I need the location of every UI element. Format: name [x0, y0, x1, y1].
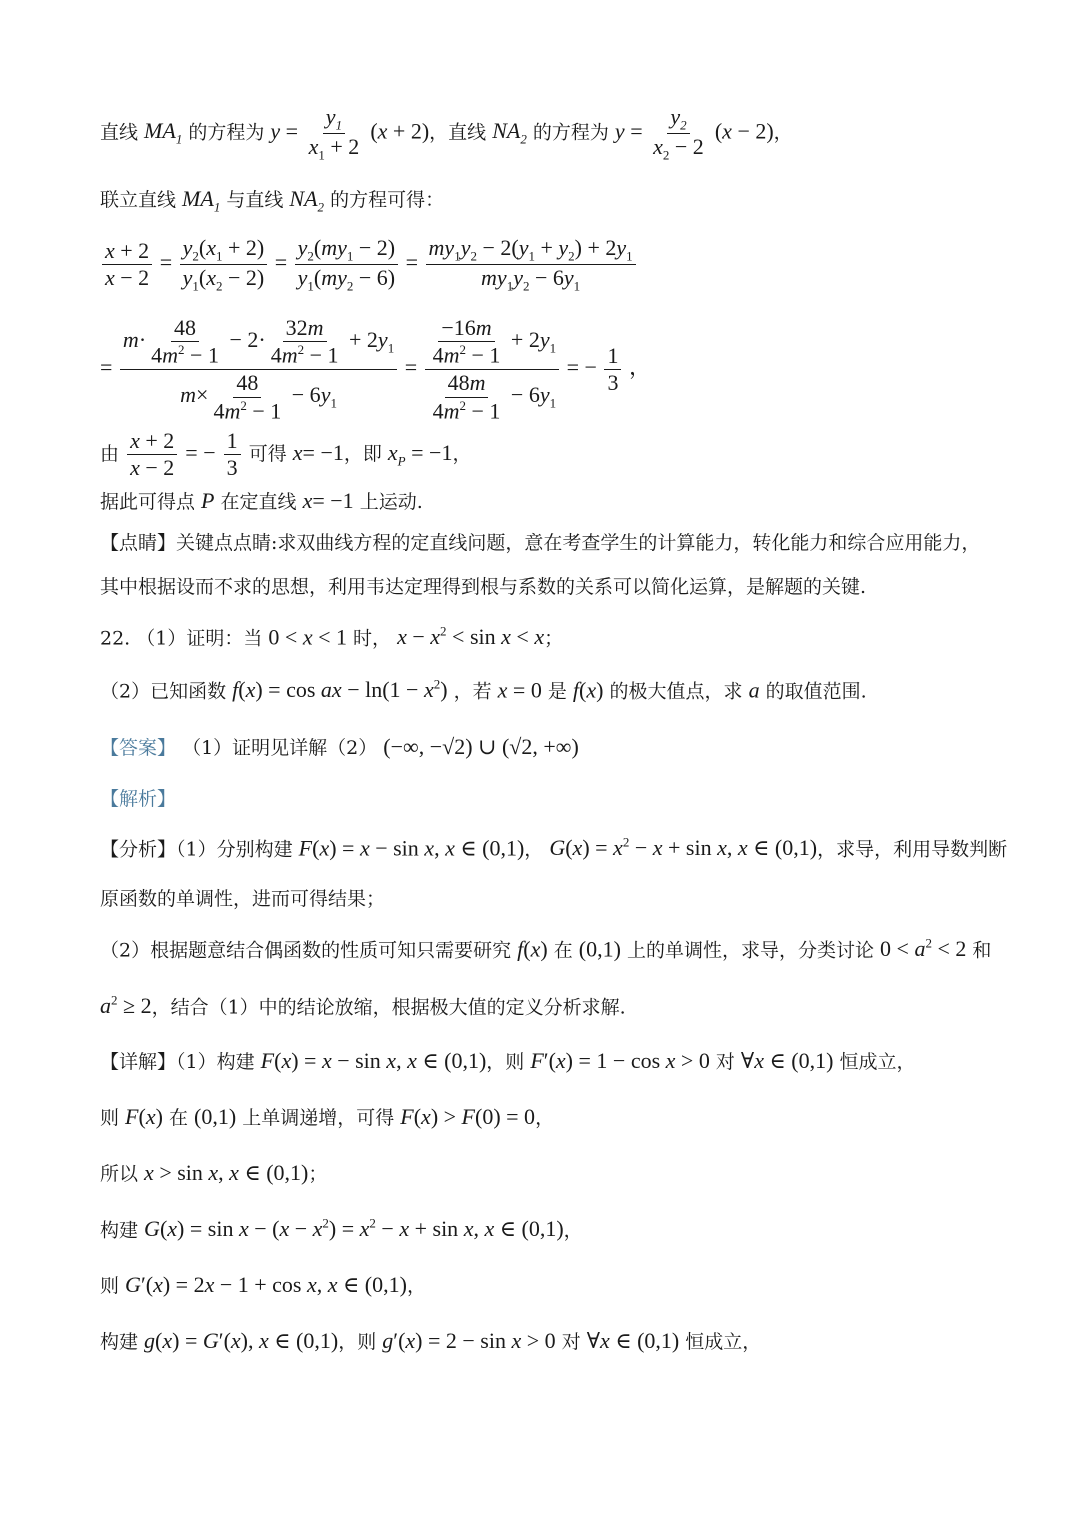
xiangjie-line-3: 所以 x > sin x, x ∈ (0,1)；	[100, 1160, 327, 1186]
question-22-part1: 22. （1）证明：当 0 < x < 1 时， x − x2 < sin x …	[100, 624, 563, 651]
xiangjie-line-1: 【详解】（1）构建 F(x) = x − sin x, x ∈ (0,1)，则 …	[100, 1048, 915, 1074]
equation-ratio: x + 2x − 2 = y2(x1 + 2)y1(x2 − 2) = y2(m…	[100, 235, 638, 294]
xiangjie-line-2: 则 F(x) 在 (0,1) 上单调递增，可得 F(x) > F(0) = 0，	[100, 1104, 554, 1130]
jiexi-tag: 【解析】	[100, 788, 176, 810]
line-ma1-na2-equations: 直线 MA1 的方程为 y = y1x1 + 2 (x + 2)，直线 NA2 …	[100, 104, 793, 163]
text-line: 【点睛】关键点点睛:求双曲线方程的定直线问题，意在考查学生的计算能力，转化能力和…	[100, 532, 980, 555]
fenxi-line-2: 原函数的单调性，进而可得结果；	[100, 888, 385, 911]
fenxi-line-4: a2 ≥ 2，结合（1）中的结论放缩，根据极大值的定义分析求解.	[100, 993, 626, 1020]
text-line: 据此可得点 P 在定直线 x= −1 上运动.	[100, 488, 423, 514]
answer-tag: 【答案】	[100, 737, 176, 759]
fenxi-line-1: 【分析】（1）分别构建 F(x) = x − sin x, x ∈ (0,1)，…	[100, 835, 1007, 862]
answer-line: 【答案】 （1）证明见详解（2） (−∞, −√2) ∪ (√2, +∞)	[100, 734, 579, 760]
question-22-part2: （2）已知函数 f(x) = cos ax − ln(1 − x2) ，若 x …	[100, 677, 867, 704]
text-line: 由 x + 2x − 2 = − 13 可得 x= −1，即 xP = −1，	[100, 428, 471, 482]
equation-substitution: = m·484m2 − 1 − 2·32m4m2 − 1 + 2y1 m×484…	[100, 315, 651, 424]
xiangjie-line-6: 构建 g(x) = G′(x), x ∈ (0,1)，则 g′(x) = 2 −…	[100, 1328, 761, 1354]
text-line: 联立直线 MA1 与直线 NA2 的方程可得：	[100, 186, 444, 215]
analysis-heading: 【解析】	[100, 788, 176, 811]
fenxi-line-3: （2）根据题意结合偶函数的性质可知只需要研究 f(x) 在 (0,1) 上的单调…	[100, 936, 991, 963]
xiangjie-line-4: 构建 G(x) = sin x − (x − x2) = x2 − x + si…	[100, 1216, 583, 1243]
text-line: 其中根据设而不求的思想，利用韦达定理得到根与系数的关系可以简化运算，是解题的关键…	[100, 576, 866, 599]
dianjing-tag: 【点睛】	[100, 532, 176, 554]
xiangjie-line-5: 则 G′(x) = 2x − 1 + cos x, x ∈ (0,1)，	[100, 1272, 426, 1298]
